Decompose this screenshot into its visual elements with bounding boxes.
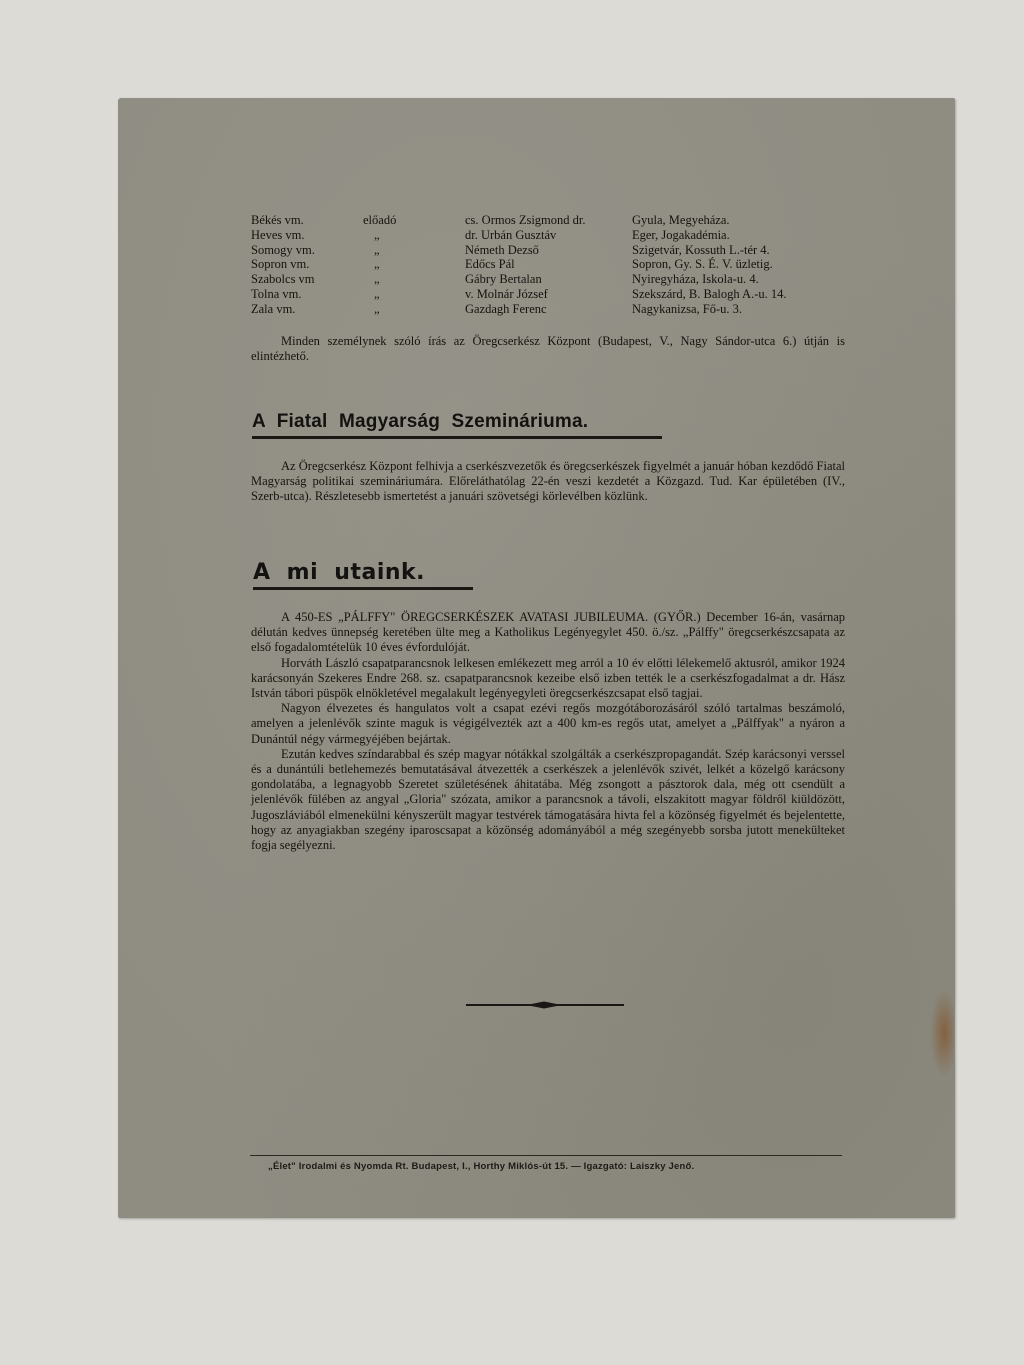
role: „ <box>374 272 380 287</box>
official-name: Gazdagh Ferenc <box>465 302 547 317</box>
seminar-paragraph: Az Öregcserkész Központ felhivja a cserk… <box>251 459 845 505</box>
county: Sopron vm. <box>251 257 309 272</box>
footer-rule <box>250 1155 842 1156</box>
role: „ <box>374 287 380 302</box>
county: Zala vm. <box>251 302 295 317</box>
address: Szigetvár, Kossuth L.-tér 4. <box>632 243 770 258</box>
address: Nagykanizsa, Fő-u. 3. <box>632 302 742 317</box>
article-body: A 450-ES „PÁLFFY" ÖREGCSERKÉSZEK AVATASI… <box>251 610 845 853</box>
county: Heves vm. <box>251 228 304 243</box>
contact-note: Minden személynek szóló írás az Öregcser… <box>251 334 845 364</box>
role: „ <box>374 228 380 243</box>
county: Békés vm. <box>251 213 304 228</box>
section-heading-our-ways: A mi utaink. <box>253 560 473 590</box>
role: „ <box>374 257 380 272</box>
address: Szekszárd, B. Balogh A.-u. 14. <box>632 287 787 302</box>
rust-stain <box>930 988 954 1078</box>
county: Szabolcs vm <box>251 272 315 287</box>
official-name: Gábry Bertalan <box>465 272 542 287</box>
role: „ <box>374 243 380 258</box>
role: előadó <box>363 213 396 228</box>
address: Nyiregyháza, Iskola-u. 4. <box>632 272 759 287</box>
section-heading-seminar: A Fiatal Magyarság Szemináriuma. <box>252 411 662 439</box>
county: Tolna vm. <box>251 287 302 302</box>
role: „ <box>374 302 380 317</box>
article-paragraph: Ezután kedves színdarabbal és szép magya… <box>251 747 845 853</box>
official-name: v. Molnár József <box>465 287 548 302</box>
address: Eger, Jogakadémia. <box>632 228 730 243</box>
official-name: Németh Dezső <box>465 243 539 258</box>
article-paragraph: Nagyon élvezetes és hangulatos volt a cs… <box>251 701 845 747</box>
article-paragraph: Horváth László csapatparancsnok lelkesen… <box>251 656 845 702</box>
ornamental-rule-icon <box>466 1000 624 1010</box>
official-name: dr. Urbán Gusztáv <box>465 228 556 243</box>
official-name: Edőcs Pál <box>465 257 515 272</box>
address: Gyula, Megyeháza. <box>632 213 730 228</box>
official-name: cs. Ormos Zsigmond dr. <box>465 213 585 228</box>
article-paragraph: A 450-ES „PÁLFFY" ÖREGCSERKÉSZEK AVATASI… <box>251 610 845 656</box>
county: Somogy vm. <box>251 243 315 258</box>
address: Sopron, Gy. S. É. V. üzletig. <box>632 257 773 272</box>
printer-imprint: „Élet" Irodalmi és Nyomda Rt. Budapest, … <box>268 1161 694 1172</box>
contact-note-text: Minden személynek szóló írás az Öregcser… <box>251 334 845 364</box>
seminar-text: Az Öregcserkész Központ felhivja a cserk… <box>251 459 845 505</box>
